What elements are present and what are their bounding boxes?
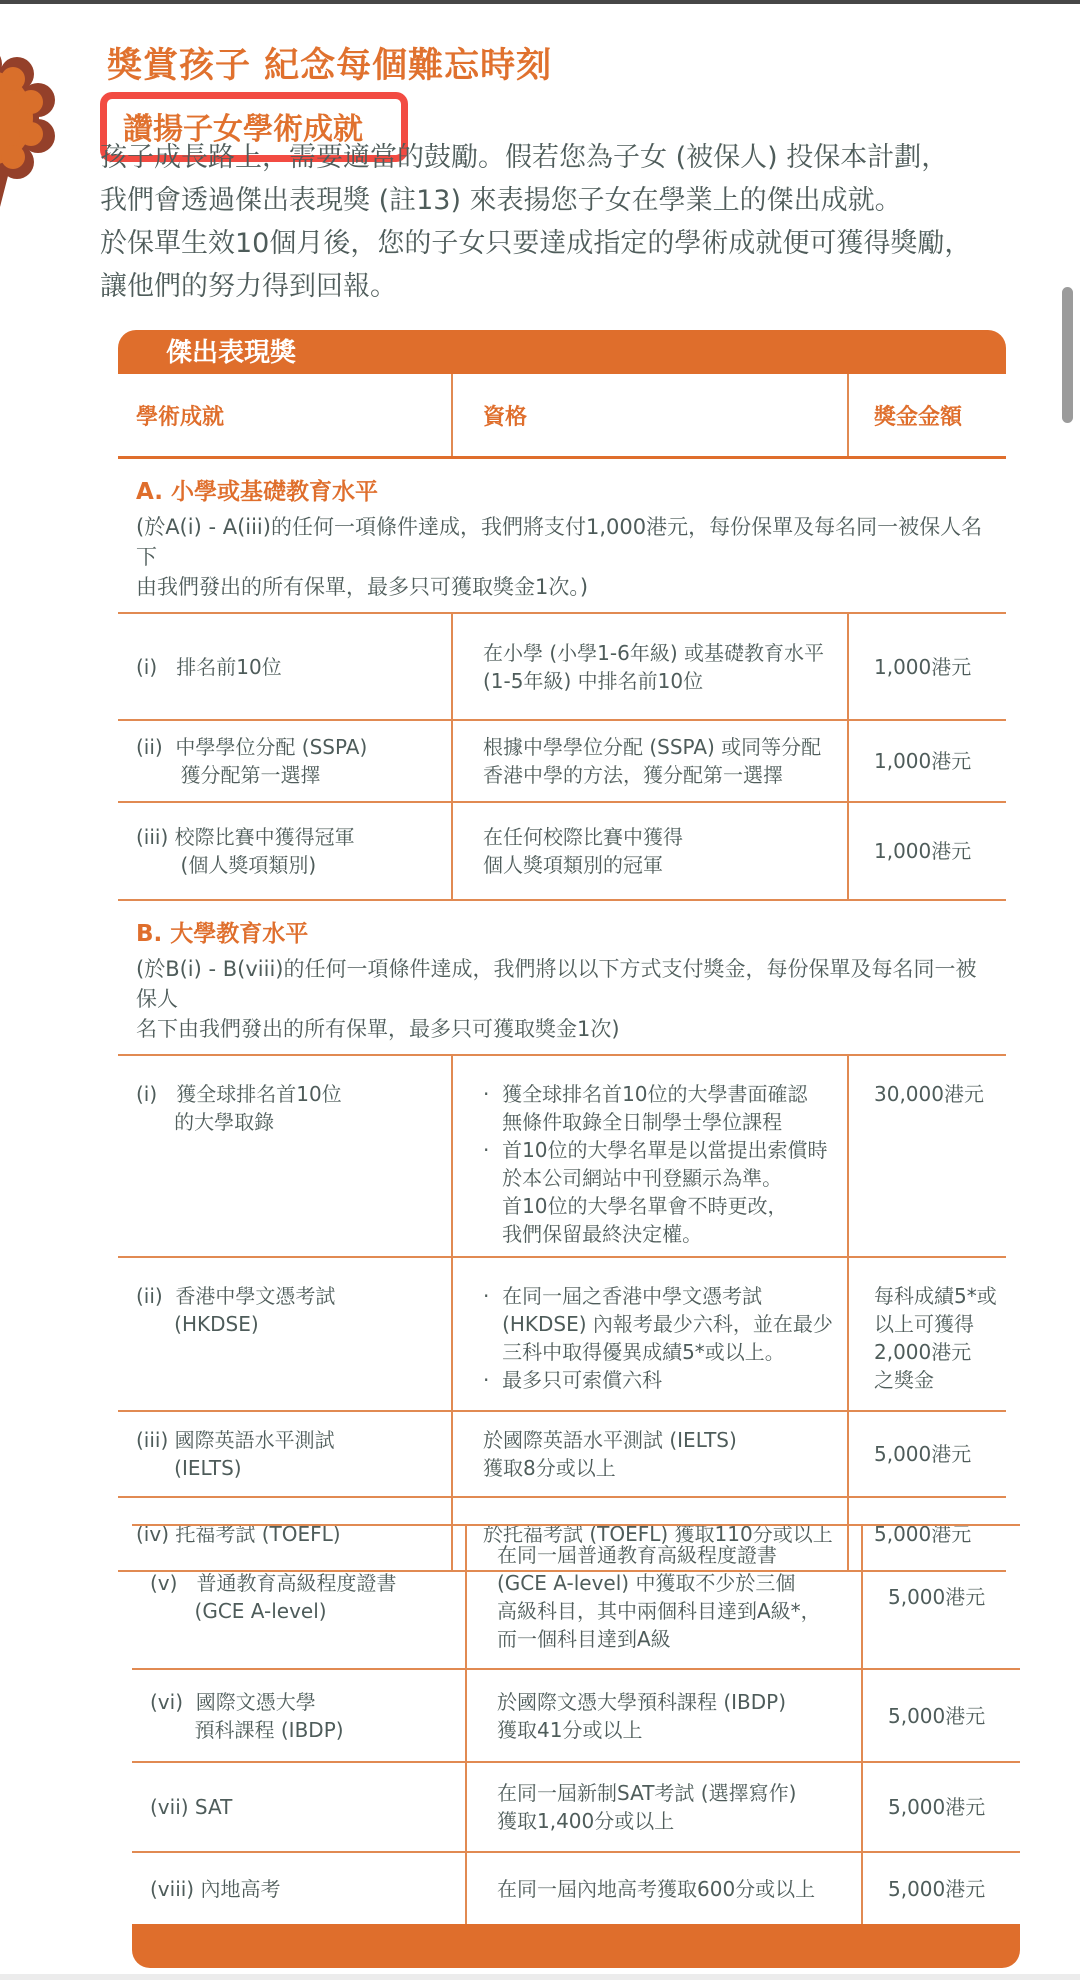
col-header-eligibility: 資格 — [451, 374, 847, 456]
table-row: (viii) 內地高考 在同一屆內地高考獲取600分或以上 5,000港元 — [132, 1851, 1020, 1924]
eligibility-cell: 於國際英語水平測試 (IELTS) 獲取8分或以上 — [451, 1412, 847, 1496]
table-row: (i) 獲全球排名首10位 的大學取錄 · 獲全球排名首10位的大學書面確認 無… — [118, 1054, 1006, 1256]
amount-cell: 5,000港元 — [847, 1412, 1006, 1496]
eligibility-cell: 於國際文憑大學預科課程 (IBDP) 獲取41分或以上 — [465, 1670, 861, 1761]
achievement-cell: (iii) 校際比賽中獲得冠軍 (個人獎項類別) — [118, 803, 451, 899]
medal-rosette-icon — [0, 30, 70, 220]
amount-cell: 1,000港元 — [847, 721, 1006, 801]
vertical-scrollbar-thumb[interactable] — [1062, 287, 1073, 423]
section-b-rows-continued: (v) 普通教育高級程度證書 (GCE A-level) 在同一屆普通教育高級程… — [132, 1524, 1020, 1924]
eligibility-cell: 在同一屆新制SAT考試 (選擇寫作) 獲取1,400分或以上 — [465, 1763, 861, 1851]
table-row: (i) 排名前10位 在小學 (小學1-6年級) 或基礎教育水平 (1-5年級)… — [118, 612, 1006, 719]
achievement-cell: (ii) 香港中學文憑考試 (HKDSE) — [118, 1258, 451, 1410]
page-title: 獎賞孩子 紀念每個難忘時刻 — [107, 38, 552, 88]
award-table-continued: (v) 普通教育高級程度證書 (GCE A-level) 在同一屆普通教育高級程… — [132, 1524, 1020, 1968]
award-table: 傑出表現獎 學術成就 資格 獎金金額 A. 小學或基礎教育水平 (於A(i) -… — [118, 330, 1006, 1572]
amount-cell: 1,000港元 — [847, 614, 1006, 719]
table-row: (v) 普通教育高級程度證書 (GCE A-level) 在同一屆普通教育高級程… — [132, 1524, 1020, 1668]
eligibility-cell: · 在同一屆之香港中學文憑考試 (HKDSE) 內報考最少六科，並在最少 三科中… — [451, 1258, 847, 1410]
intro-paragraph: 孩子成長路上，需要適當的鼓勵。假若您為子女 (被保人) 投保本計劃， 我們會透過… — [100, 136, 1000, 308]
amount-cell: 5,000港元 — [861, 1853, 1020, 1924]
amount-cell: 5,000港元 — [861, 1670, 1020, 1761]
achievement-cell: (vii) SAT — [132, 1763, 465, 1851]
col-header-achievement: 學術成就 — [118, 374, 451, 456]
table-banner: 傑出表現獎 — [118, 330, 1006, 374]
section-a-note: (於A(i) - A(iii)的任何一項條件達成，我們將支付1,000港元，每份… — [136, 512, 988, 602]
achievement-cell: (v) 普通教育高級程度證書 (GCE A-level) — [132, 1526, 465, 1668]
col-header-amount: 獎金金額 — [847, 374, 1006, 456]
table-row: (iii) 國際英語水平測試 (IELTS) 於國際英語水平測試 (IELTS)… — [118, 1410, 1006, 1496]
table-row: (vi) 國際文憑大學 預科課程 (IBDP) 於國際文憑大學預科課程 (IBD… — [132, 1668, 1020, 1761]
section-b-rows: (i) 獲全球排名首10位 的大學取錄 · 獲全球排名首10位的大學書面確認 無… — [118, 1054, 1006, 1572]
eligibility-cell: 在小學 (小學1-6年級) 或基礎教育水平 (1-5年級) 中排名前10位 — [451, 614, 847, 719]
table-row: (iii) 校際比賽中獲得冠軍 (個人獎項類別) 在任何校際比賽中獲得 個人獎項… — [118, 801, 1006, 899]
section-b-header: B. 大學教育水平 (於B(i) - B(viii)的任何一項條件達成，我們將以… — [118, 901, 1006, 1054]
achievement-cell: (vi) 國際文憑大學 預科課程 (IBDP) — [132, 1670, 465, 1761]
eligibility-cell: 根據中學學位分配 (SSPA) 或同等分配 香港中學的方法，獲分配第一選擇 — [451, 721, 847, 801]
section-a-header: A. 小學或基礎教育水平 (於A(i) - A(iii)的任何一項條件達成，我們… — [118, 459, 1006, 612]
eligibility-cell: 在任何校際比賽中獲得 個人獎項類別的冠軍 — [451, 803, 847, 899]
achievement-cell: (iii) 國際英語水平測試 (IELTS) — [118, 1412, 451, 1496]
page-top-divider — [0, 0, 1080, 4]
table-row: (vii) SAT 在同一屆新制SAT考試 (選擇寫作) 獲取1,400分或以上… — [132, 1761, 1020, 1851]
table-row: (ii) 香港中學文憑考試 (HKDSE) · 在同一屆之香港中學文憑考試 (H… — [118, 1256, 1006, 1410]
amount-cell: 5,000港元 — [861, 1763, 1020, 1851]
table-row: (ii) 中學學位分配 (SSPA) 獲分配第一選擇 根據中學學位分配 (SSP… — [118, 719, 1006, 801]
page-bottom-edge — [0, 1974, 1080, 1980]
achievement-cell: (viii) 內地高考 — [132, 1853, 465, 1924]
amount-cell: 1,000港元 — [847, 803, 1006, 899]
section-a-title: A. 小學或基礎教育水平 — [136, 473, 988, 506]
column-header-row: 學術成就 資格 獎金金額 — [118, 374, 1006, 459]
table-footer-bar — [132, 1924, 1020, 1968]
amount-cell: 5,000港元 — [861, 1526, 1020, 1668]
amount-cell: 每科成績5*或 以上可獲得 2,000港元 之獎金 — [847, 1258, 1006, 1410]
achievement-cell: (ii) 中學學位分配 (SSPA) 獲分配第一選擇 — [118, 721, 451, 801]
section-a-rows: (i) 排名前10位 在小學 (小學1-6年級) 或基礎教育水平 (1-5年級)… — [118, 612, 1006, 901]
section-b-note: (於B(i) - B(viii)的任何一項條件達成，我們將以以下方式支付獎金，每… — [136, 954, 988, 1044]
eligibility-cell: 在同一屆內地高考獲取600分或以上 — [465, 1853, 861, 1924]
eligibility-cell: 在同一屆普通教育高級程度證書 (GCE A-level) 中獲取不少於三個 高級… — [465, 1526, 861, 1668]
eligibility-cell: · 獲全球排名首10位的大學書面確認 無條件取錄全日制學士學位課程 · 首10位… — [451, 1056, 847, 1256]
amount-cell: 30,000港元 — [847, 1056, 1006, 1256]
achievement-cell: (i) 排名前10位 — [118, 614, 451, 719]
section-b-title: B. 大學教育水平 — [136, 915, 988, 948]
achievement-cell: (i) 獲全球排名首10位 的大學取錄 — [118, 1056, 451, 1256]
